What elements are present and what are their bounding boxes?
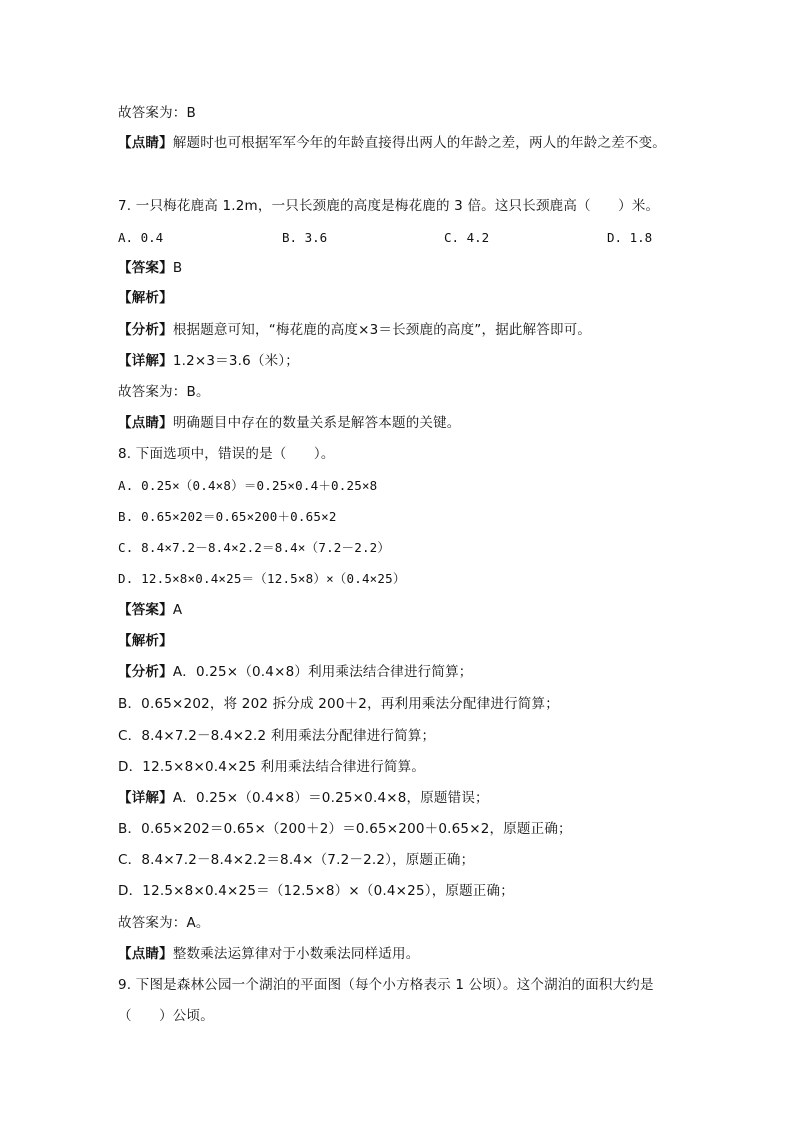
q8-analysis-b: B．0.65×202，将 202 拆分成 200＋2，再利用乘法分配律进行简算； [118, 695, 559, 713]
q8-option-b: B. 0.65×202＝0.65×200＋0.65×2 [118, 508, 337, 526]
tip-line-q6: 【点睛】解题时也可根据军军今年的年龄直接得出两人的年龄之差，两人的年龄之差不变。 [118, 134, 666, 152]
q7-analysis: 【分析】根据题意可知，“梅花鹿的高度×3＝长颈鹿的高度”，据此解答即可。 [118, 321, 591, 339]
q8-tip: 【点睛】整数乘法运算律对于小数乘法同样适用。 [118, 945, 419, 963]
question-9: 9. 下图是森林公园一个湖泊的平面图（每个小方格表示 1 公顷）。这个湖泊的面积… [118, 976, 654, 994]
q7-option-d: D. 1.8 [607, 229, 652, 247]
q7-answer: 【答案】B [118, 259, 182, 277]
q7-final-answer: 故答案为：B。 [118, 383, 210, 401]
q7-detail: 【详解】1.2×3＝3.6（米）； [118, 352, 299, 370]
question-8: 8. 下面选项中，错误的是（ ）。 [118, 445, 335, 463]
q7-option-b: B. 3.6 [282, 229, 327, 247]
q8-answer: 【答案】A [118, 601, 182, 619]
question-9-continued: （ ）公顷。 [118, 1007, 214, 1025]
q8-detail-c: C．8.4×7.2－8.4×2.2＝8.4×（7.2－2.2），原题正确； [118, 851, 474, 869]
q8-analysis-a: 【分析】A．0.25×（0.4×8）利用乘法结合律进行简算； [118, 663, 473, 681]
q7-option-c: C. 4.2 [444, 229, 489, 247]
q7-tip: 【点睛】明确题目中存在的数量关系是解答本题的关键。 [118, 414, 461, 432]
q8-option-a: A. 0.25×（0.4×8）＝0.25×0.4＋0.25×8 [118, 477, 377, 495]
q8-option-c: C. 8.4×7.2－8.4×2.2＝8.4×（7.2－2.2） [118, 539, 390, 557]
q7-option-a: A. 0.4 [118, 229, 163, 247]
q8-analysis-d: D．12.5×8×0.4×25 利用乘法结合律进行简算。 [118, 758, 425, 776]
q8-final-answer: 故答案为：A。 [118, 914, 210, 932]
q7-analysis-heading: 【解析】 [118, 289, 173, 307]
q8-detail-d: D．12.5×8×0.4×25＝（12.5×8）×（0.4×25），原题正确； [118, 882, 514, 900]
q8-option-d: D. 12.5×8×0.4×25＝（12.5×8）×（0.4×25） [118, 570, 406, 588]
answer-line-q6: 故答案为：B [118, 104, 196, 122]
question-7: 7. 一只梅花鹿高 1.2m，一只长颈鹿的高度是梅花鹿的 3 倍。这只长颈鹿高（… [118, 197, 659, 215]
q8-analysis-heading: 【解析】 [118, 632, 173, 650]
q8-detail-a: 【详解】A．0.25×（0.4×8）＝0.25×0.4×8，原题错误； [118, 789, 489, 807]
q8-analysis-c: C．8.4×7.2－8.4×2.2 利用乘法分配律进行简算； [118, 727, 435, 745]
q8-detail-b: B．0.65×202＝0.65×（200＋2）＝0.65×200＋0.65×2，… [118, 820, 572, 838]
